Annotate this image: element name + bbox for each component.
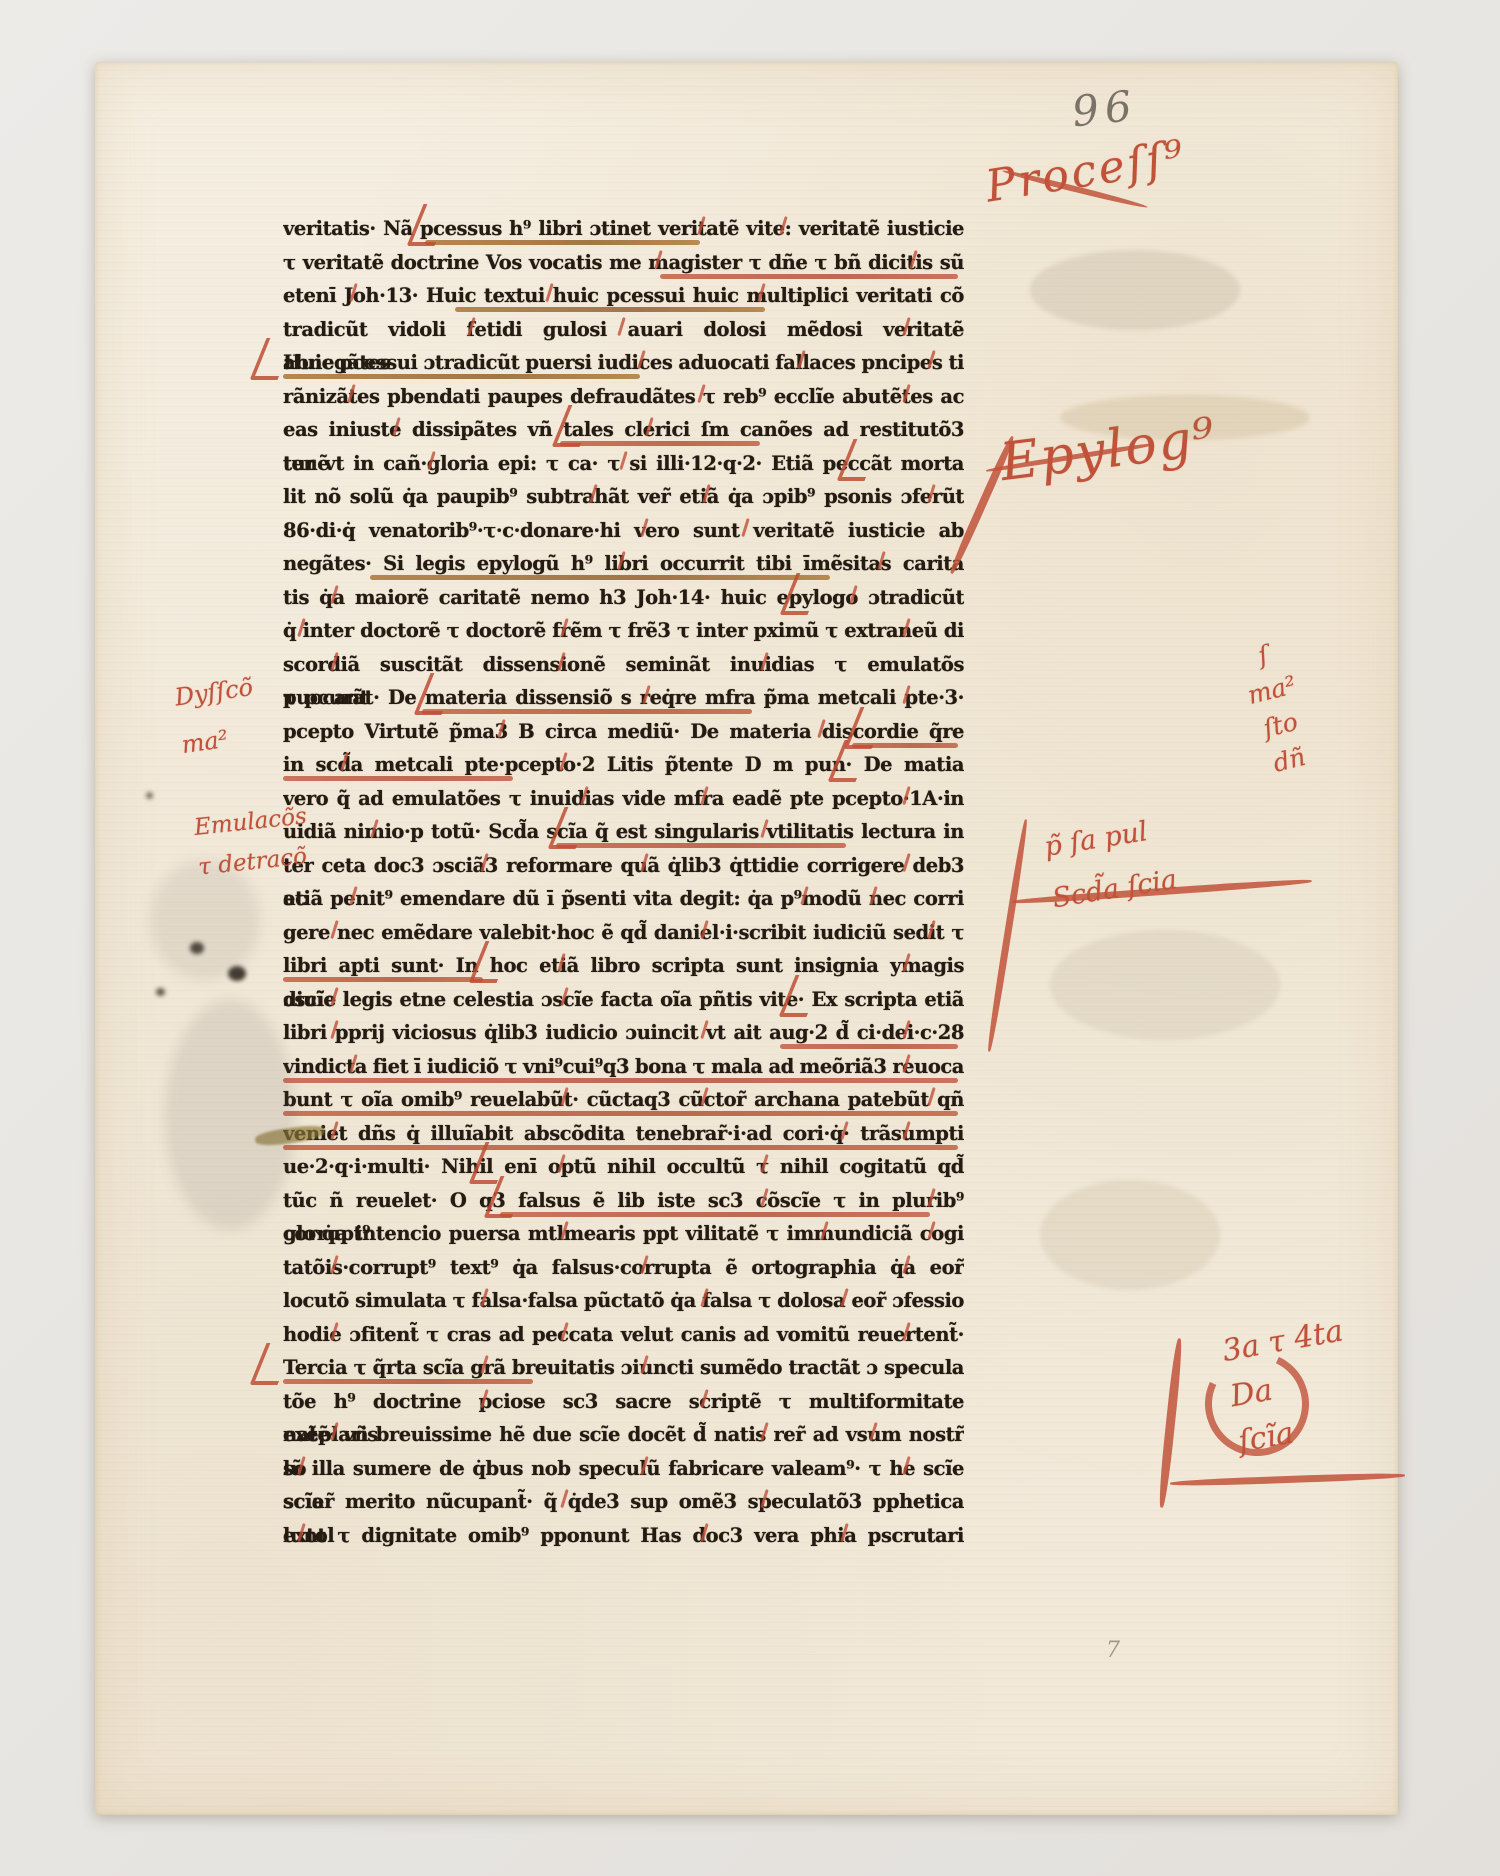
pencil-corner-number: 7 bbox=[1106, 1638, 1120, 1663]
printed-text-line: ɔscĩe legis etne celestia ɔscĩe facta oĩ… bbox=[283, 983, 964, 1017]
rubric-underline bbox=[780, 1044, 958, 1049]
margin-note-secunda-scientia: p̃ ſa pulScd̃a ſcia bbox=[1041, 803, 1181, 925]
printed-text-line: tatõis·corrupt⁹ text⁹ q̇a falsus·corrupt… bbox=[283, 1251, 964, 1285]
printed-text-line: hodie ɔfitent̃ τ cras ad peccata velut c… bbox=[283, 1318, 964, 1352]
offset-smudge bbox=[165, 1000, 295, 1230]
rubric-underline bbox=[283, 1111, 958, 1116]
rubric-underline bbox=[370, 575, 830, 580]
printed-text-line: tis q̇a maiorẽ caritatẽ nemo h3 Joh·14· … bbox=[283, 581, 964, 615]
printed-text-line: rãnizãtes pbendati paupes defraudãtes τ … bbox=[283, 380, 964, 414]
rubric-underline bbox=[556, 843, 846, 848]
margin-note-dissensio: Dyſſcõma² bbox=[172, 663, 263, 769]
printed-text-line: locutõ simulata τ falsa·falsa pũctatõ q̇… bbox=[283, 1284, 964, 1318]
offset-smudge bbox=[150, 860, 260, 980]
rubric-underline bbox=[660, 274, 958, 279]
rubric-underline bbox=[455, 307, 765, 312]
printed-text-line: scordiã suscitãt dissensionẽ seminãt inu… bbox=[283, 648, 964, 682]
printed-text-line: lunt τ dignitate omib⁹ pponunt Has doc3 … bbox=[283, 1519, 964, 1553]
stain bbox=[1060, 395, 1310, 440]
rubric-underline bbox=[500, 1212, 930, 1217]
printed-text-line: lit nõ solũ q̇a paupib⁹ subtrahãt ver̃ e… bbox=[283, 480, 964, 514]
rubric-underline bbox=[283, 1379, 533, 1384]
printed-text-line: tõe h⁹ doctrine pciose sc3 sacre scriptẽ… bbox=[283, 1385, 964, 1419]
rubric-underline bbox=[425, 240, 700, 245]
printed-text-line: ter ceta doc3 ɔsciã3 reformare quã q̇lib… bbox=[283, 849, 964, 883]
ink-smudge bbox=[156, 988, 165, 996]
stain bbox=[1050, 930, 1280, 1040]
rubric-underline bbox=[283, 776, 513, 781]
printed-text-line: ue·2·q·i·multi· Nihil enī optũ nihil occ… bbox=[283, 1150, 964, 1184]
rubric-underline bbox=[283, 977, 483, 982]
printed-text-line: glo·q̇a intencio puersa mtlmearis ppt vi… bbox=[283, 1217, 964, 1251]
rubric-underline bbox=[283, 374, 640, 379]
stain bbox=[1040, 1180, 1220, 1290]
printed-text-line: natẽ· vñ breuissime hẽ due scĩe docẽt d̃… bbox=[283, 1418, 964, 1452]
stain bbox=[1030, 250, 1240, 330]
rubric-underline bbox=[283, 1145, 958, 1150]
printed-text-line: etiã penit⁹ emendare dũ ī p̃senti vita d… bbox=[283, 882, 964, 916]
printed-text-line: lũ illa sumere de q̇bus nob speculũ fabr… bbox=[283, 1452, 964, 1486]
printed-text-line: vero q̃ ad emulatões τ inuidias vide mfr… bbox=[283, 782, 964, 816]
printed-text-line: 86·di·q̇ venatorib⁹·τ·c·donare·hi vero s… bbox=[283, 514, 964, 548]
rubric-underline bbox=[560, 441, 760, 446]
printed-text-line: q̇ inter doctorẽ τ doctorẽ frẽm τ frẽ3 τ… bbox=[283, 614, 964, 648]
ink-smudge bbox=[146, 792, 153, 799]
rubric-underline bbox=[422, 709, 752, 714]
rubric-underline bbox=[283, 1078, 958, 1083]
printed-text-column: veritatis· Nã pcessus h⁹ libri ɔtinet ve… bbox=[283, 212, 964, 1552]
printed-text-line: scĩar̃ merito nũcupant̃· q̃ q̇de3 sup om… bbox=[283, 1485, 964, 1519]
photograph-backdrop: 96 7 veritatis· Nã pcessus h⁹ libri ɔtin… bbox=[0, 0, 1500, 1876]
printed-text-line: gere nec emẽdare valebit·hoc ẽ qd̃ danie… bbox=[283, 916, 964, 950]
pencil-folio-number: 96 bbox=[1070, 81, 1140, 137]
